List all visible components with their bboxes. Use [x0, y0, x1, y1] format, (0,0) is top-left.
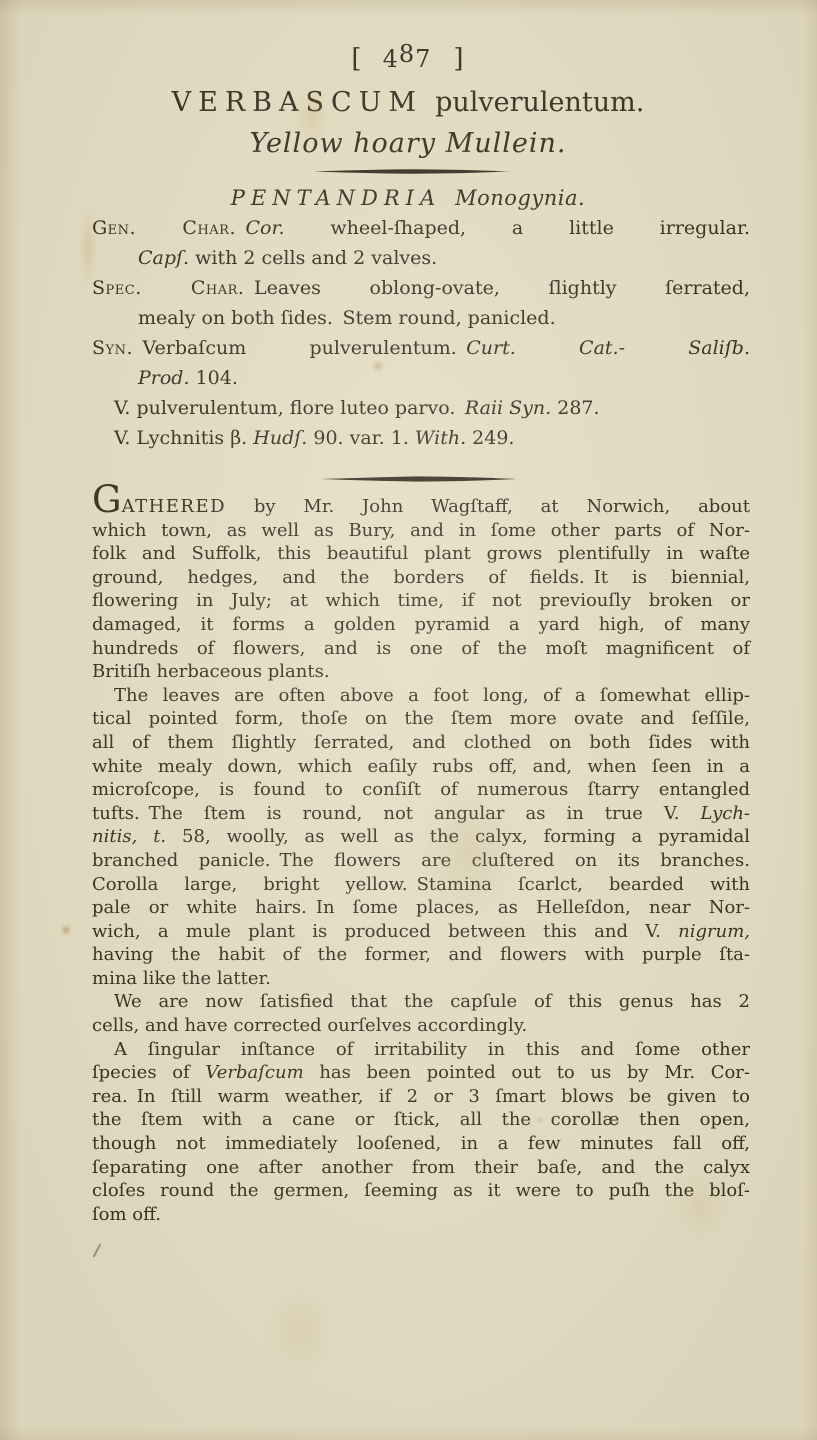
text-line: all of them ſlightly ſerrated, and cloth…	[92, 731, 750, 755]
linnaean-order: Monogynia.	[455, 186, 585, 210]
text-segment: 287.	[551, 397, 599, 419]
text-line: white mealy down, which eaſily rubs off,…	[92, 755, 750, 779]
text-segment	[236, 217, 246, 239]
pen-mark	[93, 1243, 102, 1257]
genus-name: VERBASCUM	[172, 87, 423, 118]
text-line: cloſes round the germen, ſeeming as it w…	[92, 1179, 750, 1203]
text-segment: which town, as well as Bury, and in ſome…	[92, 520, 750, 541]
text-segment: Cor.	[246, 217, 285, 239]
text-line: branched panicle. The flowers are cluſte…	[92, 849, 750, 873]
text-segment: Lych-	[700, 803, 750, 824]
text-segment: nitis,	[92, 826, 137, 847]
text-segment: ſeparating one after another from their …	[92, 1157, 750, 1178]
text-segment: nigrum,	[678, 921, 750, 942]
text-segment: tufts. The ſtem is round, not angular as…	[92, 803, 700, 824]
text-segment: with 2 cells and 2 valves.	[189, 247, 437, 269]
text-line: We are now ſatisfied that the capſule of…	[92, 990, 750, 1014]
text-line: ſpecies of Verbaſcum has been pointed ou…	[92, 1061, 750, 1085]
text-segment: tical pointed form, thoſe on the ſtem mo…	[92, 708, 750, 729]
drop-initial: G	[92, 478, 122, 521]
text-line: A ſingular inſtance of irritability in t…	[92, 1038, 750, 1062]
text-segment: Raii Syn.	[465, 397, 551, 419]
page-number-digit-raised: 8	[399, 40, 415, 68]
linnaean-class: PENTANDRIA	[231, 186, 441, 210]
text-line: Spec. Char. Leaves oblong-ovate, ſlightl…	[92, 273, 750, 303]
text-segment: wich, a mule plant is produced between t…	[92, 921, 678, 942]
book-page: [487] VERBASCUMpulverulentum. Yellow hoa…	[0, 0, 817, 1440]
text-segment: V. Lychnitis β.	[114, 427, 253, 449]
text-segment: Syn.	[92, 337, 133, 359]
text-segment: V. pulverulentum, flore luteo parvo.	[114, 397, 465, 419]
text-segment: Capſ.	[138, 247, 189, 269]
text-segment: cloſes round the germen, ſeeming as it w…	[92, 1180, 750, 1201]
text-segment: With.	[415, 427, 466, 449]
common-name: Yellow hoary Mullein.	[80, 128, 736, 159]
open-bracket: [	[351, 44, 362, 74]
text-line: Gen. Char. Cor. wheel-ſhaped, a little i…	[92, 213, 750, 243]
text-segment: Gen. Char.	[92, 217, 236, 239]
text-segment: having the habit of the former, and flow…	[92, 944, 750, 965]
text-segment: white mealy down, which eaſily rubs off,…	[92, 756, 750, 777]
character-section: Gen. Char. Cor. wheel-ſhaped, a little i…	[92, 213, 750, 453]
text-segment: though not immediately looſened, in a fe…	[92, 1133, 750, 1154]
text-segment: mealy on both ſides. Stem round, panicle…	[138, 307, 556, 329]
text-line: hundreds of flowers, and is one of the m…	[92, 637, 750, 661]
swelled-rule-middle	[320, 475, 516, 483]
text-line: GATHERED by Mr. John Wagſtaff, at Norwic…	[92, 495, 750, 519]
text-segment: Corolla large, bright yellow. Stamina ſc…	[92, 874, 750, 895]
text-line: microſcope, is found to conſiſt of numer…	[92, 778, 750, 802]
text-segment: Prod.	[138, 367, 190, 389]
text-segment: pale or white hairs. In ſome places, as …	[92, 897, 750, 918]
text-segment: ground, hedges, and the borders of field…	[92, 567, 750, 588]
text-segment: hundreds of flowers, and is one of the m…	[92, 638, 750, 659]
text-segment: Verbaſcum	[205, 1062, 303, 1083]
species-title: VERBASCUMpulverulentum.	[80, 87, 736, 118]
text-line: tical pointed form, thoſe on the ſtem mo…	[92, 707, 750, 731]
text-segment: all of them ſlightly ſerrated, and cloth…	[92, 732, 750, 753]
page-number: [487]	[80, 44, 736, 74]
text-segment: ſpecies of	[92, 1062, 205, 1083]
text-segment: Spec. Char.	[92, 277, 244, 299]
text-line: V. pulverulentum, flore luteo parvo. Rai…	[92, 393, 750, 423]
page-number-digit: 4	[383, 45, 399, 73]
text-line: ground, hedges, and the borders of field…	[92, 566, 750, 590]
text-segment: t.	[153, 826, 166, 847]
text-line: though not immediately looſened, in a fe…	[92, 1132, 750, 1156]
text-line: mina like the latter.	[92, 967, 750, 991]
text-segment: has been pointed out to us by Mr. Cor-	[304, 1062, 750, 1083]
text-segment: Verbaſcum pulverulentum.	[133, 337, 466, 359]
close-bracket: ]	[453, 44, 464, 74]
text-line: rea. In ſtill warm weather, if 2 or 3 ſm…	[92, 1085, 750, 1109]
text-line: V. Lychnitis β. Hudſ. 90. var. 1. With. …	[92, 423, 750, 453]
text-segment: the ſtem with a cane or ſtick, all the c…	[92, 1109, 750, 1130]
text-line: the ſtem with a cane or ſtick, all the c…	[92, 1108, 750, 1132]
text-line: having the habit of the former, and flow…	[92, 943, 750, 967]
text-segment: cells, and have corrected ourſelves acco…	[92, 1015, 527, 1036]
text-segment: folk and Suffolk, this beautiful plant g…	[92, 543, 750, 564]
text-segment: 90. var. 1.	[307, 427, 415, 449]
text-segment: ATHERED	[122, 496, 226, 517]
text-segment: mina like the latter.	[92, 968, 271, 989]
text-line: The leaves are often above a foot long, …	[92, 684, 750, 708]
text-line: flowering in July; at which time, if not…	[92, 589, 750, 613]
text-segment: rea. In ſtill warm weather, if 2 or 3 ſm…	[92, 1086, 750, 1107]
text-segment: damaged, it forms a golden pyramid a yar…	[92, 614, 750, 635]
species-epithet: pulverulentum.	[435, 87, 644, 118]
text-line: wich, a mule plant is produced between t…	[92, 920, 750, 944]
text-line: cells, and have corrected ourſelves acco…	[92, 1014, 750, 1038]
classification-line: PENTANDRIAMonogynia.	[80, 186, 736, 210]
text-line: pale or white hairs. In ſome places, as …	[92, 896, 750, 920]
text-segment: 104.	[190, 367, 238, 389]
page-number-digit: 7	[415, 45, 431, 73]
text-line: ſeparating one after another from their …	[92, 1156, 750, 1180]
text-line: Britiſh herbaceous plants.	[92, 660, 750, 684]
text-line: damaged, it forms a golden pyramid a yar…	[92, 613, 750, 637]
text-line: ſom off.	[92, 1203, 750, 1227]
text-segment: microſcope, is found to conſiſt of numer…	[92, 779, 750, 800]
text-line: Capſ. with 2 cells and 2 valves.	[92, 243, 750, 273]
text-line: Syn. Verbaſcum pulverulentum. Curt. Cat.…	[92, 333, 750, 363]
text-line: tufts. The ſtem is round, not angular as…	[92, 802, 750, 826]
text-segment: ſom off.	[92, 1204, 161, 1225]
text-segment: Hudſ.	[253, 427, 307, 449]
text-segment: wheel-ſhaped, a little irregular.	[285, 217, 750, 239]
body-text: GATHERED by Mr. John Wagſtaff, at Norwic…	[92, 495, 750, 1226]
swelled-rule-top	[313, 168, 510, 175]
text-segment: Curt. Cat.- Saliſb.	[466, 337, 750, 359]
text-segment: A ſingular inſtance of irritability in t…	[114, 1039, 750, 1060]
text-segment: branched panicle. The flowers are cluſte…	[92, 850, 750, 871]
text-segment	[137, 826, 153, 847]
text-segment: Britiſh herbaceous plants.	[92, 661, 330, 682]
text-segment: Leaves oblong-ovate, ſlightly ſerrated,	[244, 277, 750, 299]
text-line: Prod. 104.	[92, 363, 750, 393]
text-segment: by Mr. John Wagſtaff, at Norwich, about	[226, 496, 750, 517]
text-segment: We are now ſatisfied that the capſule of…	[114, 991, 750, 1012]
text-line: folk and Suffolk, this beautiful plant g…	[92, 542, 750, 566]
text-line: nitis, t. 58, woolly, as well as the cal…	[92, 825, 750, 849]
text-segment: flowering in July; at which time, if not…	[92, 590, 750, 611]
text-segment: 58, woolly, as well as the calyx, formin…	[166, 826, 750, 847]
text-line: mealy on both ſides. Stem round, panicle…	[92, 303, 750, 333]
text-segment: The leaves are often above a foot long, …	[114, 685, 750, 706]
text-segment: 249.	[466, 427, 514, 449]
text-line: Corolla large, bright yellow. Stamina ſc…	[92, 873, 750, 897]
text-line: which town, as well as Bury, and in ſome…	[92, 519, 750, 543]
